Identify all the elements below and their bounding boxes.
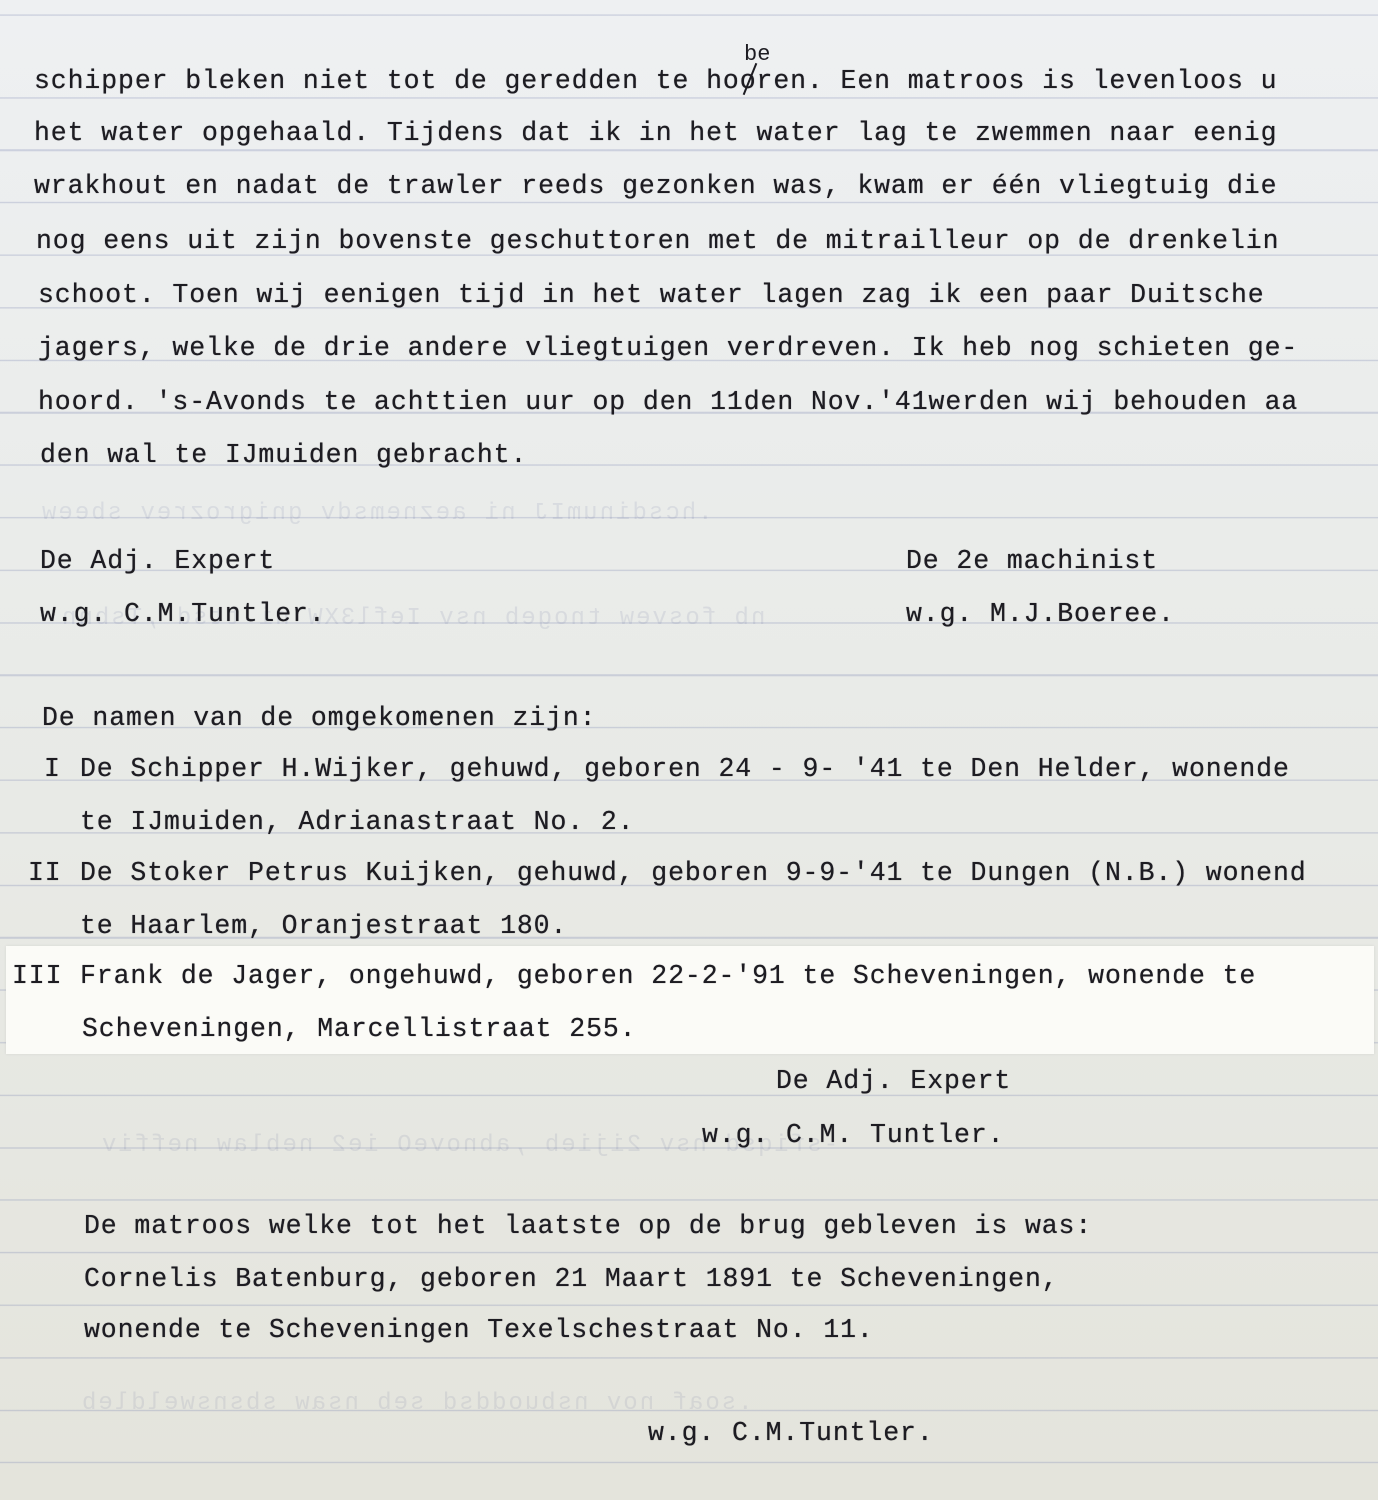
victim-numeral: I xyxy=(44,756,61,783)
signature-title-left: De Adj. Expert xyxy=(40,548,275,575)
victim-entry-line: De Schipper H.Wijker, gehuwd, geboren 24… xyxy=(80,756,1290,783)
paragraph-line: het water opgehaald. Tijdens dat ik in h… xyxy=(34,120,1277,147)
paragraph-line: wrakhout en nadat de trawler reeds gezon… xyxy=(34,173,1277,200)
bleed-through-text: .hcsdinumIJ ni aeznemsdv gnigrozrev sbee… xyxy=(40,500,713,527)
victim-entry-line: te Haarlem, Oranjestraat 180. xyxy=(80,913,567,940)
bleed-through-text: .soaf nov nsbuoddsd seb nsaw sbsnsweldle… xyxy=(80,1390,753,1417)
matroos-line: De matroos welke tot het laatste op de b… xyxy=(84,1213,1092,1240)
signature-title-right: De 2e machinist xyxy=(906,548,1158,575)
paragraph-line: nog eens uit zijn bovenste geschuttoren … xyxy=(36,228,1279,255)
victim-entry-line-highlighted: Scheveningen, Marcellistraat 255. xyxy=(82,1016,637,1043)
victim-entry-line: te IJmuiden, Adrianastraat No. 2. xyxy=(80,809,635,836)
signature-name-right: w.g. M.J.Boeree. xyxy=(906,601,1175,628)
matroos-line: Cornelis Batenburg, geboren 21 Maart 189… xyxy=(84,1266,1059,1293)
paragraph-line: jagers, welke de drie andere vliegtuigen… xyxy=(38,335,1298,362)
paragraph-line: schoot. Toen wij eenigen tijd in het wat… xyxy=(38,282,1265,309)
paragraph-line: den wal te IJmuiden gebracht. xyxy=(40,442,527,469)
victims-heading: De namen van de omgekomenen zijn: xyxy=(42,705,597,732)
signature-name-left: w.g. C.M.Tuntler. xyxy=(40,601,326,628)
matroos-line: wonende te Scheveningen Texelschestraat … xyxy=(84,1317,874,1344)
victim-numeral: II xyxy=(28,860,62,887)
victim-entry-line-highlighted: Frank de Jager, ongehuwd, geboren 22-2-'… xyxy=(80,963,1256,990)
signature-title-middle: De Adj. Expert xyxy=(776,1068,1011,1095)
victim-numeral: III xyxy=(12,963,62,990)
paragraph-line: hoord. 's-Avonds te achttien uur op den … xyxy=(38,389,1298,416)
victim-entry-line: De Stoker Petrus Kuijken, gehuwd, gebore… xyxy=(80,860,1307,887)
signature-name-bottom: w.g. C.M.Tuntler. xyxy=(648,1420,934,1447)
paragraph-line: schipper bleken niet tot de geredden te … xyxy=(34,68,1277,95)
signature-name-middle: w.g. C.M. Tuntler. xyxy=(702,1122,1004,1149)
